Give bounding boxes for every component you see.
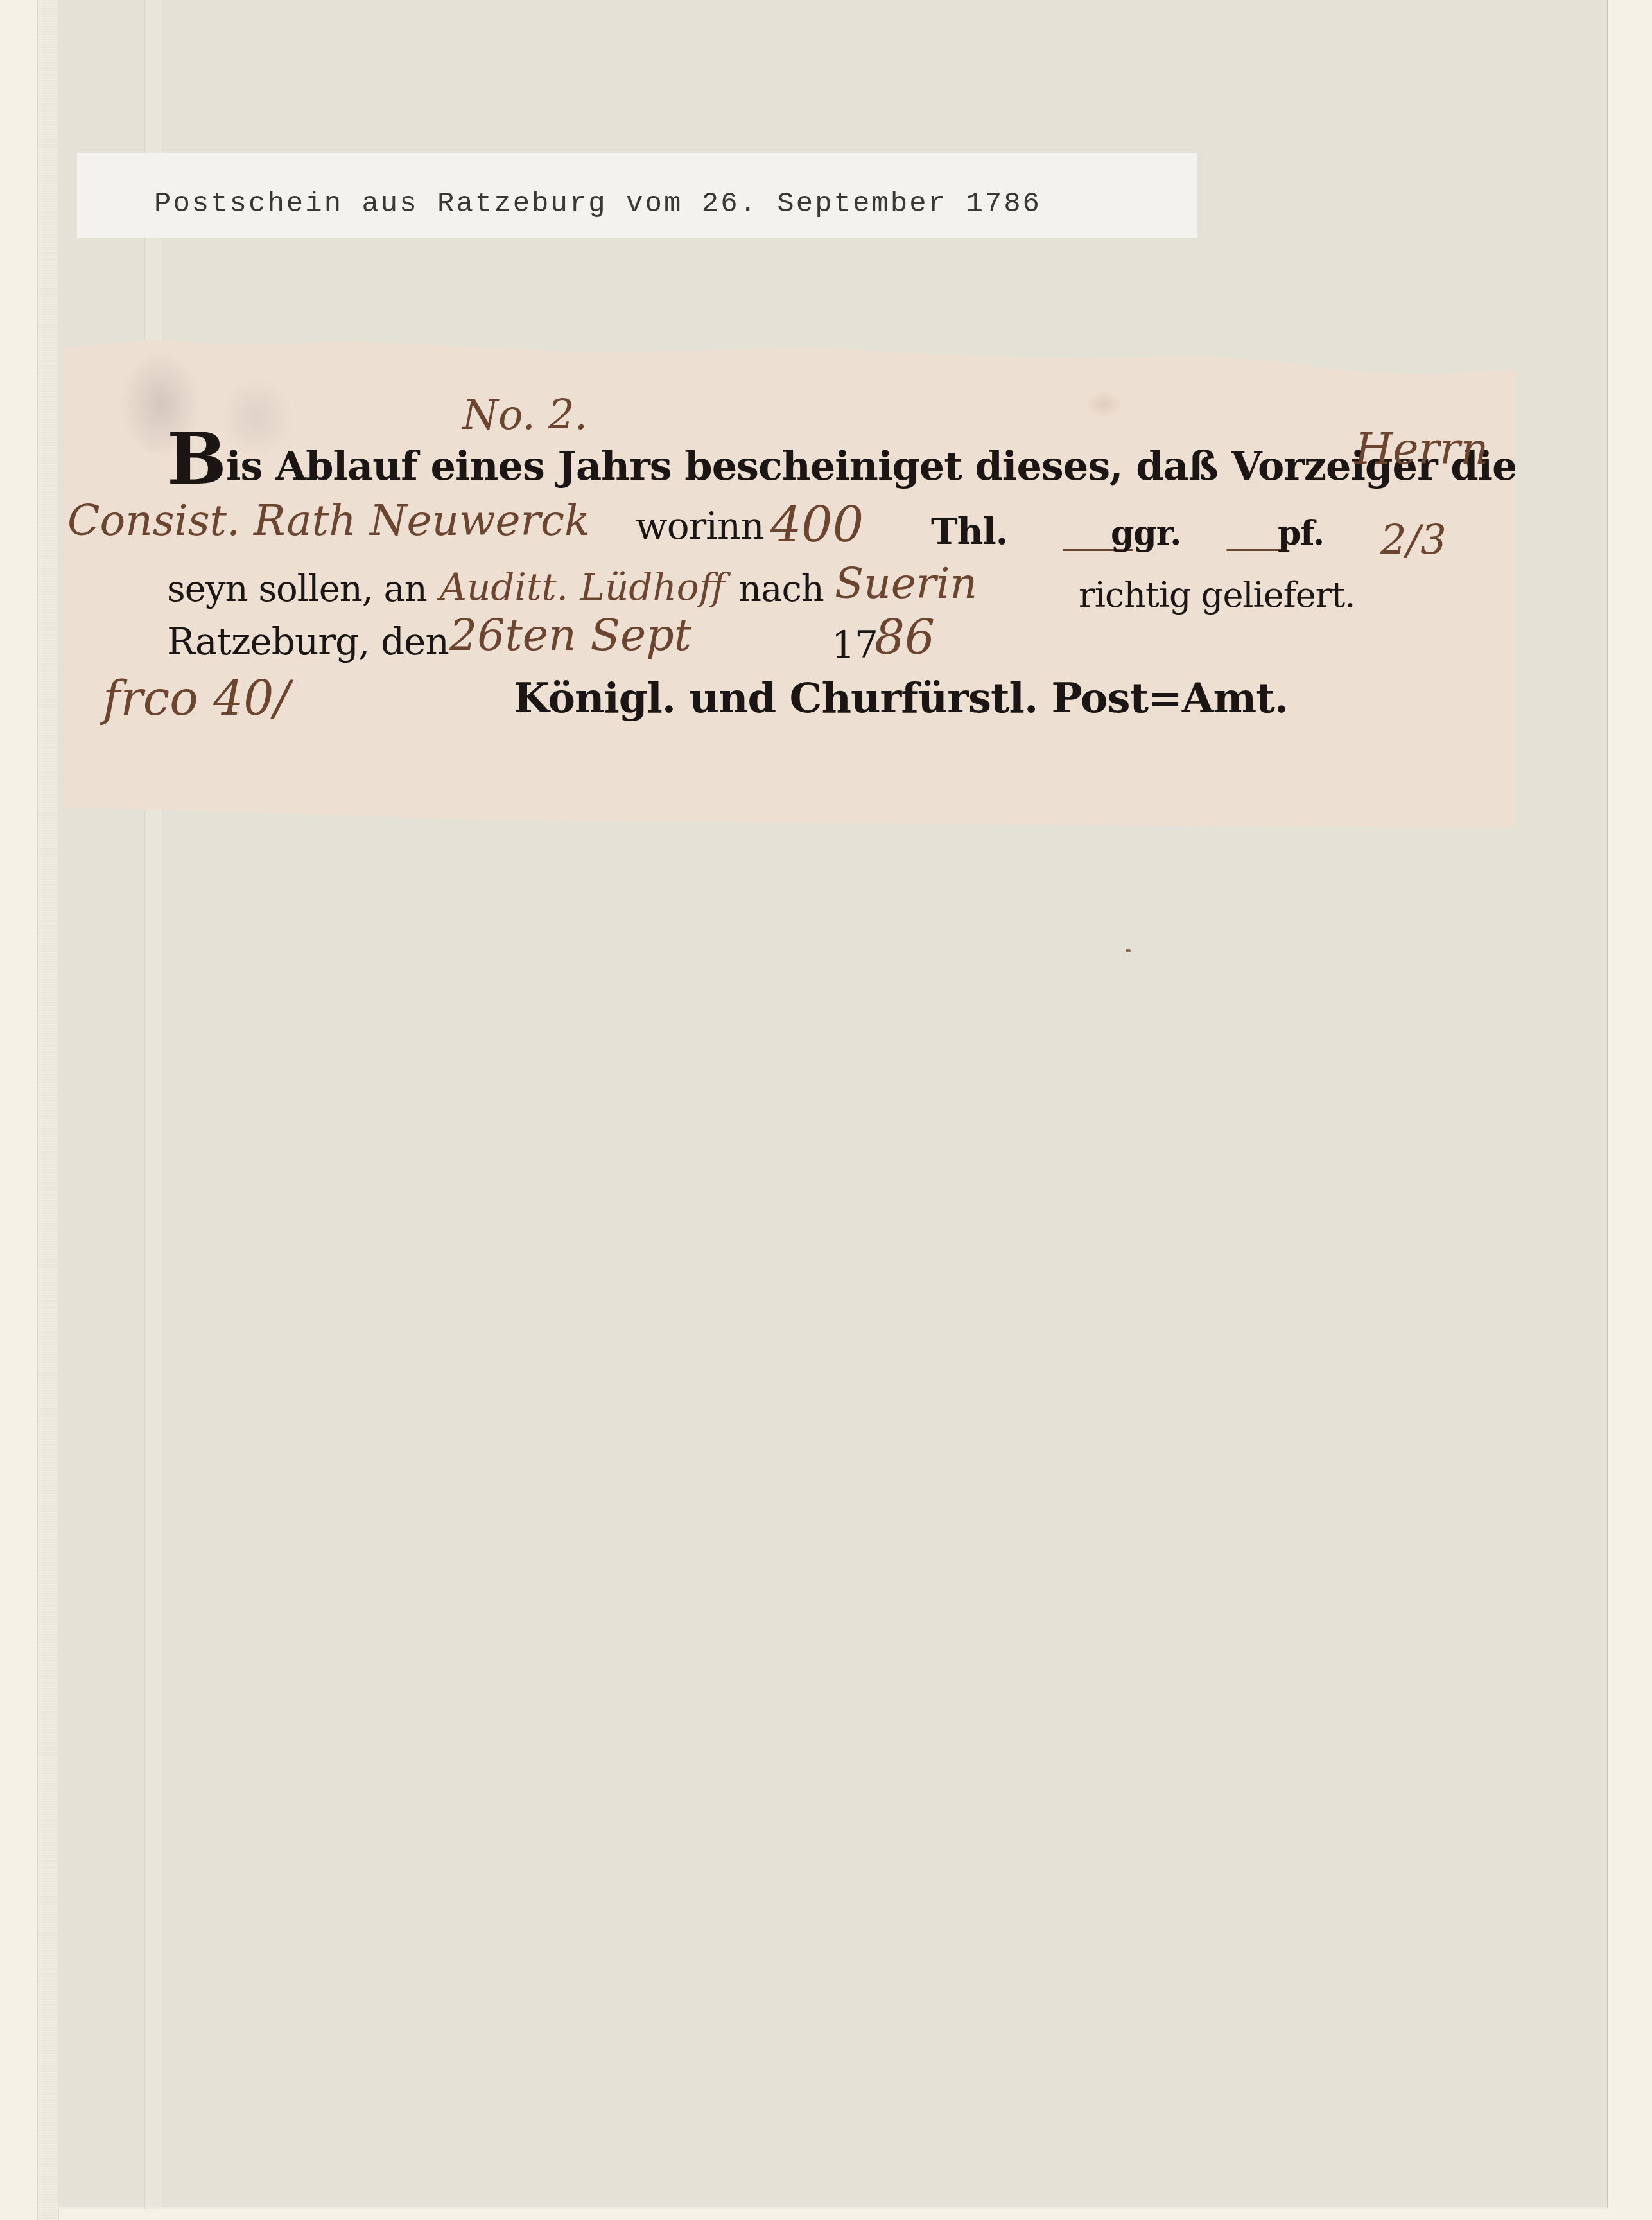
printed-worinn: worinn	[636, 504, 764, 548]
handwritten-sender: Consist. Rath Neuwerck	[67, 496, 590, 545]
album-binding-strip	[37, 0, 59, 2220]
sleeve-speck	[1126, 949, 1131, 952]
handwritten-date: 26ten Sept	[449, 610, 691, 661]
printed-ratzeburg-den: Ratzeburg, den	[167, 620, 449, 663]
drop-cap: B	[167, 417, 226, 500]
handwritten-franco: frco 40/	[103, 671, 290, 726]
sleeve-seam	[144, 0, 162, 2209]
handwritten-recipient: Auditt. Lüdhoff	[440, 565, 726, 609]
printed-richtig-geliefert: richtig geliefert.	[1079, 575, 1355, 615]
handwritten-destination: Suerin	[835, 559, 977, 608]
printed-pf: pf.	[1278, 514, 1324, 553]
printed-year-prefix: 17	[831, 623, 878, 667]
handwritten-fraction: 2/3	[1380, 517, 1447, 564]
caption-text: Postschein aus Ratzeburg vom 26. Septemb…	[154, 188, 1041, 220]
protective-sleeve	[58, 0, 1608, 2209]
handwritten-herrn: Herrn	[1355, 424, 1488, 475]
pf-dash	[1226, 549, 1284, 551]
printed-thl: Thl.	[931, 511, 1007, 553]
caption-label: Postschein aus Ratzeburg vom 26. Septemb…	[77, 153, 1197, 238]
printed-nach: nach	[738, 568, 824, 610]
handwritten-year-suffix: 86	[874, 610, 935, 665]
printed-ggr: ggr.	[1111, 514, 1181, 553]
handwritten-amount: 400	[770, 496, 864, 553]
postal-receipt: No. 2. Bis Ablauf eines Jahrs bescheinig…	[64, 328, 1515, 828]
printed-post-office: Königl. und Churfürstl. Post=Amt.	[514, 674, 1288, 722]
printed-seyn-sollen: seyn sollen, an	[167, 568, 427, 610]
